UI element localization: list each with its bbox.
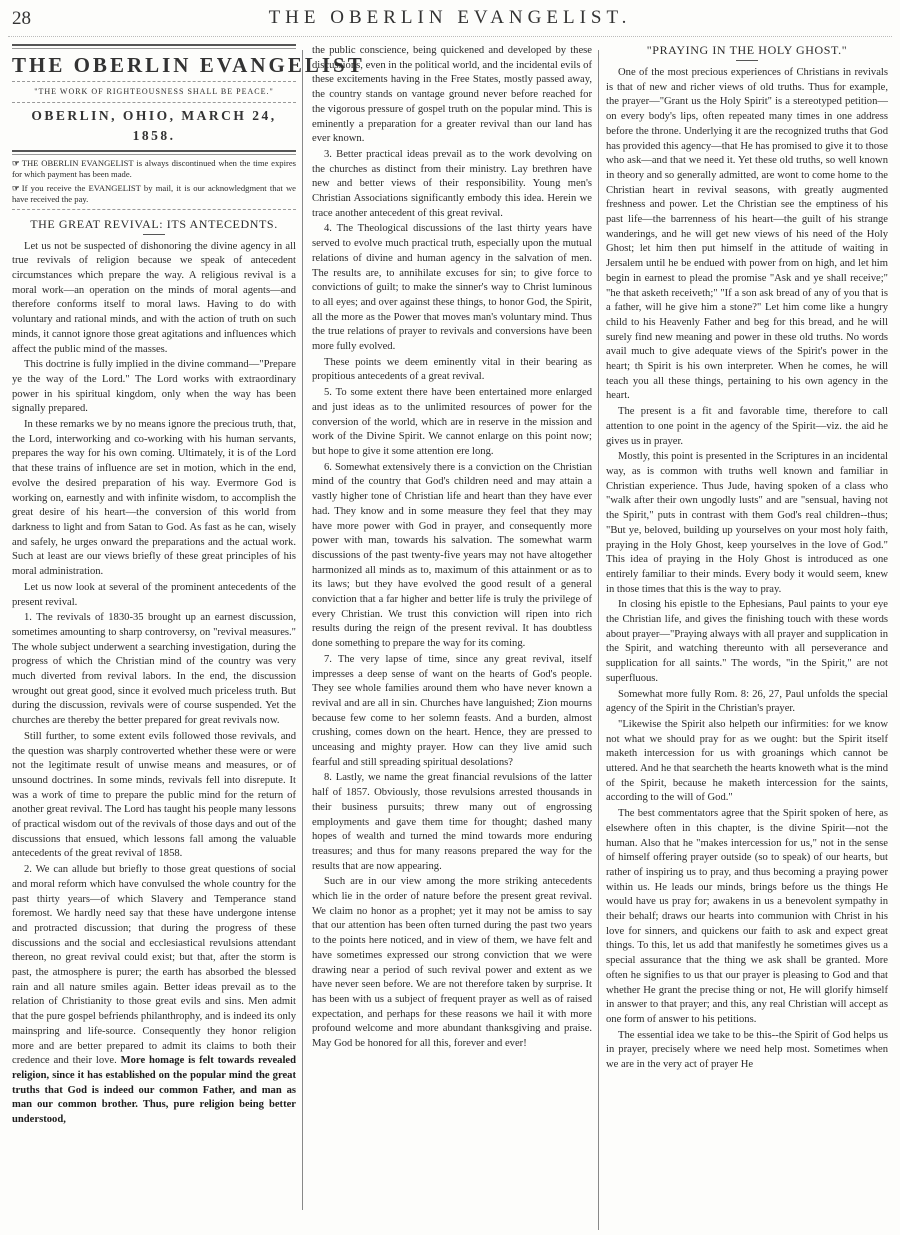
article-paragraph: This doctrine is fully implied in the di…: [12, 358, 296, 417]
masthead-motto: "THE WORK OF RIGHTEOUSNESS SHALL BE PEAC…: [12, 85, 296, 99]
article-paragraph: Somewhat more fully Rom. 8: 26, 27, Paul…: [606, 688, 888, 717]
article-paragraph: Let us now look at several of the promin…: [12, 581, 296, 610]
article-title: "PRAYING IN THE HOLY GHOST.": [606, 42, 888, 58]
article-paragraph: 7. The very lapse of time, since any gre…: [312, 653, 592, 771]
masthead-dateline: OBERLIN, OHIO, MARCH 24, 1858.: [12, 106, 296, 146]
article-paragraph-continued: the public conscience, being quickened a…: [312, 44, 592, 147]
notice-text: THE OBERLIN EVANGELIST is always discont…: [12, 158, 296, 179]
column-divider: [598, 50, 599, 1230]
pointing-hand-icon: ☞: [12, 183, 19, 193]
article-title: THE GREAT REVIVAL: ITS ANTECEDNTS.: [12, 216, 296, 232]
masthead-title: THE OBERLIN EVANGELIST: [12, 52, 296, 78]
scripture-quote: "Likewise the Spirit also helpeth our in…: [606, 718, 888, 806]
article-paragraph: Let us not be suspected of dishonoring t…: [12, 240, 296, 358]
mail-notice: ☞If you receive the EVANGELIST by mail, …: [12, 183, 296, 206]
article-paragraph: 4. The Theological discussions of the la…: [312, 222, 592, 354]
article-paragraph: Mostly, this point is presented in the S…: [606, 450, 888, 597]
paragraph-text: 2. We can allude but briefly to those gr…: [12, 864, 296, 1066]
article-paragraph: 1. The revivals of 1830-35 brought up an…: [12, 611, 296, 729]
title-rule: [143, 234, 165, 235]
article-paragraph: The present is a fit and favorable time,…: [606, 405, 888, 449]
notice-text: If you receive the EVANGELIST by mail, i…: [12, 183, 296, 204]
masthead: THE OBERLIN EVANGELIST "THE WORK OF RIGH…: [12, 44, 296, 155]
article-paragraph: 6. Somewhat extensively there is a convi…: [312, 461, 592, 652]
article-paragraph: In closing his epistle to the Ephesians,…: [606, 598, 888, 686]
column-3: "PRAYING IN THE HOLY GHOST." One of the …: [606, 40, 888, 1073]
article-paragraph: 3. Better practical ideas prevail as to …: [312, 148, 592, 222]
article-paragraph: These points we deem eminently vital in …: [312, 356, 592, 385]
article-paragraph: 2. We can allude but briefly to those gr…: [12, 863, 296, 1128]
column-1: THE OBERLIN EVANGELIST "THE WORK OF RIGH…: [12, 40, 296, 1128]
masthead-rule: [12, 150, 296, 155]
page-header: 28 THE OBERLIN EVANGELIST.: [0, 0, 900, 34]
subscription-notice: ☞THE OBERLIN EVANGELIST is always discon…: [12, 158, 296, 181]
column-2: the public conscience, being quickened a…: [312, 40, 592, 1052]
column-divider: [302, 50, 303, 1210]
article-paragraph: In these remarks we by no means ignore t…: [12, 418, 296, 580]
article-paragraph: 8. Lastly, we name the great financial r…: [312, 771, 592, 874]
article-paragraph: One of the most precious experiences of …: [606, 66, 888, 404]
article-paragraph: Still further, to some extent evils foll…: [12, 730, 296, 862]
title-rule: [736, 60, 758, 61]
page-running-title: THE OBERLIN EVANGELIST.: [0, 7, 900, 29]
masthead-rule: [12, 102, 296, 103]
masthead-rule: [12, 44, 296, 49]
article-paragraph: The best commentators agree that the Spi…: [606, 807, 888, 1028]
article-paragraph: The essential idea we take to be this--t…: [606, 1029, 888, 1073]
article-paragraph: 5. To some extent there have been entert…: [312, 386, 592, 460]
section-rule: [12, 209, 296, 210]
pointing-hand-icon: ☞: [12, 158, 19, 168]
masthead-rule: [12, 81, 296, 82]
article-paragraph: Such are in our view among the more stri…: [312, 875, 592, 1051]
header-rule: [8, 36, 892, 37]
